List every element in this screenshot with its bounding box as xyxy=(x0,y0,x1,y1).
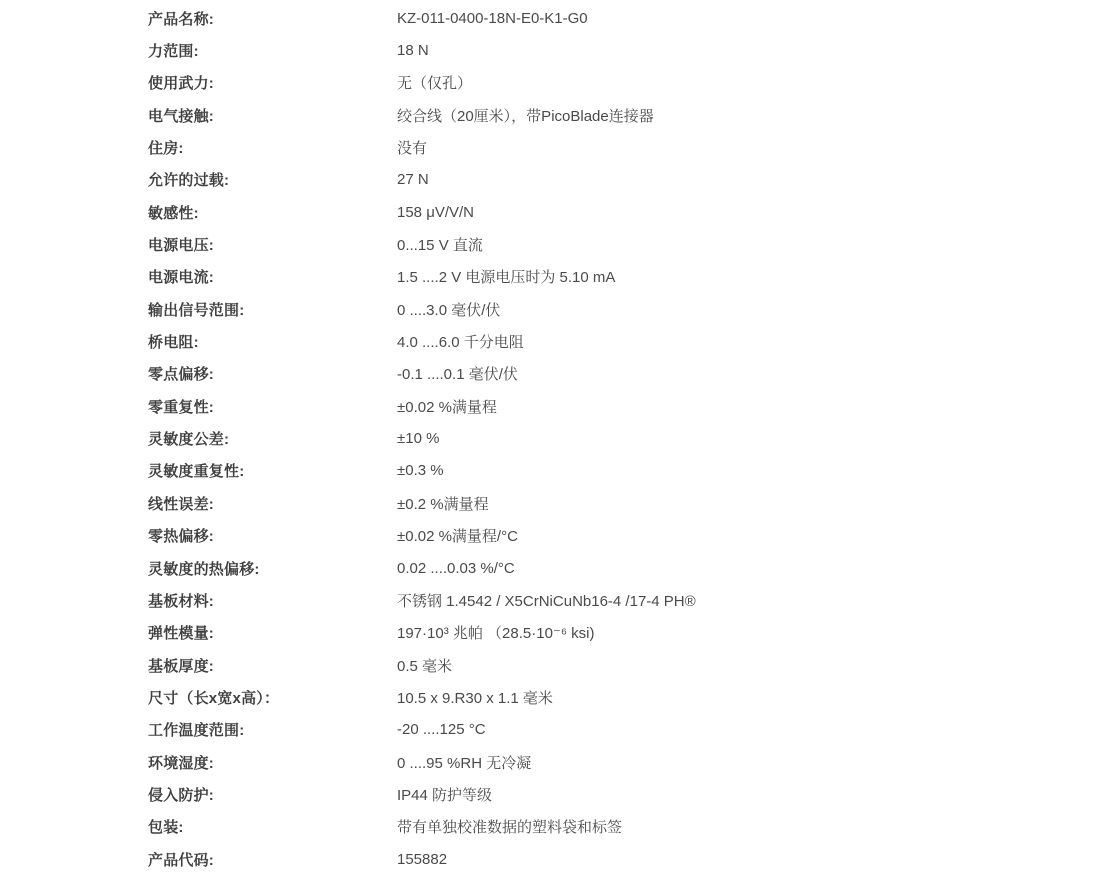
spec-value: 0...15 V 直流 xyxy=(397,234,483,255)
spec-label: 工作温度范围: xyxy=(148,719,397,740)
spec-value: ±10 % xyxy=(397,430,439,447)
spec-row: 产品代码:155882 xyxy=(148,843,1068,872)
spec-value: 没有 xyxy=(397,137,427,158)
spec-label: 电源电压: xyxy=(148,234,397,255)
spec-label: 尺寸（长x宽x高）： xyxy=(148,687,397,708)
spec-row: 灵敏度重复性:±0.3 % xyxy=(148,455,1068,487)
spec-label: 零热偏移: xyxy=(148,525,397,546)
spec-value: 18 N xyxy=(397,42,429,59)
spec-label: 电气接触: xyxy=(148,105,397,126)
spec-value: -20 ....125 °C xyxy=(397,721,486,738)
spec-row: 桥电阻:4.0 ....6.0 千分电阻 xyxy=(148,325,1068,357)
spec-value: 4.0 ....6.0 千分电阻 xyxy=(397,331,524,352)
spec-label: 灵敏度重复性: xyxy=(148,460,397,481)
spec-row: 尺寸（长x宽x高）：10.5 x 9.R30 x 1.1 毫米 xyxy=(148,681,1068,713)
spec-row: 工作温度范围:-20 ....125 °C xyxy=(148,714,1068,746)
spec-label: 敏感性: xyxy=(148,202,397,223)
spec-label: 力范围: xyxy=(148,40,397,61)
spec-label: 基板厚度: xyxy=(148,655,397,676)
spec-label: 产品代码: xyxy=(148,849,397,870)
spec-row: 灵敏度公差:±10 % xyxy=(148,422,1068,454)
spec-row: 电源电压:0...15 V 直流 xyxy=(148,228,1068,260)
spec-value: ±0.02 %满量程 xyxy=(397,396,497,417)
spec-label: 环境湿度: xyxy=(148,752,397,773)
spec-label: 基板材料: xyxy=(148,590,397,611)
spec-label: 灵敏度的热偏移: xyxy=(148,558,397,579)
spec-row: 输出信号范围:0 ....3.0 毫伏/伏 xyxy=(148,293,1068,325)
spec-label: 电源电流: xyxy=(148,266,397,287)
spec-label: 使用武力: xyxy=(148,72,397,93)
spec-row: 基板材料:不锈钢 1.4542 / X5CrNiCuNb16-4 /17-4 P… xyxy=(148,584,1068,616)
spec-row: 灵敏度的热偏移:0.02 ....0.03 %/°C xyxy=(148,552,1068,584)
spec-value: KZ-011-0400-18N-E0-K1-G0 xyxy=(397,10,588,27)
spec-value: ±0.3 % xyxy=(397,462,444,479)
spec-value: IP44 防护等级 xyxy=(397,784,492,805)
spec-row: 敏感性:158 μV/V/N xyxy=(148,196,1068,228)
spec-row: 侵入防护:IP44 防护等级 xyxy=(148,778,1068,810)
spec-value: 27 N xyxy=(397,171,429,188)
spec-value: 不锈钢 1.4542 / X5CrNiCuNb16-4 /17-4 PH® xyxy=(397,590,696,611)
spec-row: 零点偏移:-0.1 ....0.1 毫伏/伏 xyxy=(148,358,1068,390)
spec-label: 零点偏移: xyxy=(148,363,397,384)
spec-value: 1.5 ....2 V 电源电压时为 5.10 mA xyxy=(397,266,615,287)
spec-value: 10.5 x 9.R30 x 1.1 毫米 xyxy=(397,687,553,708)
spec-row: 产品名称:KZ-011-0400-18N-E0-K1-G0 xyxy=(148,2,1068,34)
spec-label: 包装: xyxy=(148,816,397,837)
spec-label: 灵敏度公差: xyxy=(148,428,397,449)
spec-row: 电气接触:绞合线（20厘米），带PicoBlade连接器 xyxy=(148,99,1068,131)
spec-value: 197·10³ 兆帕 （28.5·10⁻⁶ ksi) xyxy=(397,622,595,643)
spec-value: 0.5 毫米 xyxy=(397,655,452,676)
spec-row: 包装:带有单独校准数据的塑料袋和标签 xyxy=(148,811,1068,843)
spec-value: 0 ....3.0 毫伏/伏 xyxy=(397,299,500,320)
spec-row: 环境湿度:0 ....95 %RH 无冷凝 xyxy=(148,746,1068,778)
spec-row: 电源电流:1.5 ....2 V 电源电压时为 5.10 mA xyxy=(148,261,1068,293)
spec-label: 线性误差: xyxy=(148,493,397,514)
spec-value: 0.02 ....0.03 %/°C xyxy=(397,560,515,577)
spec-row: 弹性模量:197·10³ 兆帕 （28.5·10⁻⁶ ksi) xyxy=(148,617,1068,649)
spec-value: ±0.02 %满量程/°C xyxy=(397,525,518,546)
spec-value: ±0.2 %满量程 xyxy=(397,493,489,514)
spec-value: 带有单独校准数据的塑料袋和标签 xyxy=(397,816,622,837)
spec-label: 输出信号范围: xyxy=(148,299,397,320)
spec-row: 零重复性:±0.02 %满量程 xyxy=(148,390,1068,422)
spec-label: 产品名称: xyxy=(148,8,397,29)
spec-row: 线性误差:±0.2 %满量程 xyxy=(148,487,1068,519)
spec-row: 力范围:18 N xyxy=(148,34,1068,66)
spec-label: 桥电阻: xyxy=(148,331,397,352)
spec-value: 155882 xyxy=(397,851,447,868)
spec-label: 允许的过载: xyxy=(148,169,397,190)
spec-row: 允许的过载:27 N xyxy=(148,164,1068,196)
spec-label: 零重复性: xyxy=(148,396,397,417)
spec-value: 绞合线（20厘米），带PicoBlade连接器 xyxy=(397,105,654,126)
spec-value: -0.1 ....0.1 毫伏/伏 xyxy=(397,363,518,384)
spec-value: 158 μV/V/N xyxy=(397,204,474,221)
product-spec-page: 产品名称:KZ-011-0400-18N-E0-K1-G0力范围:18 N使用武… xyxy=(0,0,1101,872)
spec-value: 无（仅孔） xyxy=(397,72,472,93)
spec-label: 侵入防护: xyxy=(148,784,397,805)
spec-row: 基板厚度:0.5 毫米 xyxy=(148,649,1068,681)
spec-label: 住房: xyxy=(148,137,397,158)
spec-row: 零热偏移:±0.02 %满量程/°C xyxy=(148,520,1068,552)
spec-label: 弹性模量: xyxy=(148,622,397,643)
spec-row: 使用武力:无（仅孔） xyxy=(148,67,1068,99)
spec-value: 0 ....95 %RH 无冷凝 xyxy=(397,752,531,773)
spec-row: 住房:没有 xyxy=(148,131,1068,163)
spec-table: 产品名称:KZ-011-0400-18N-E0-K1-G0力范围:18 N使用武… xyxy=(148,2,1068,872)
